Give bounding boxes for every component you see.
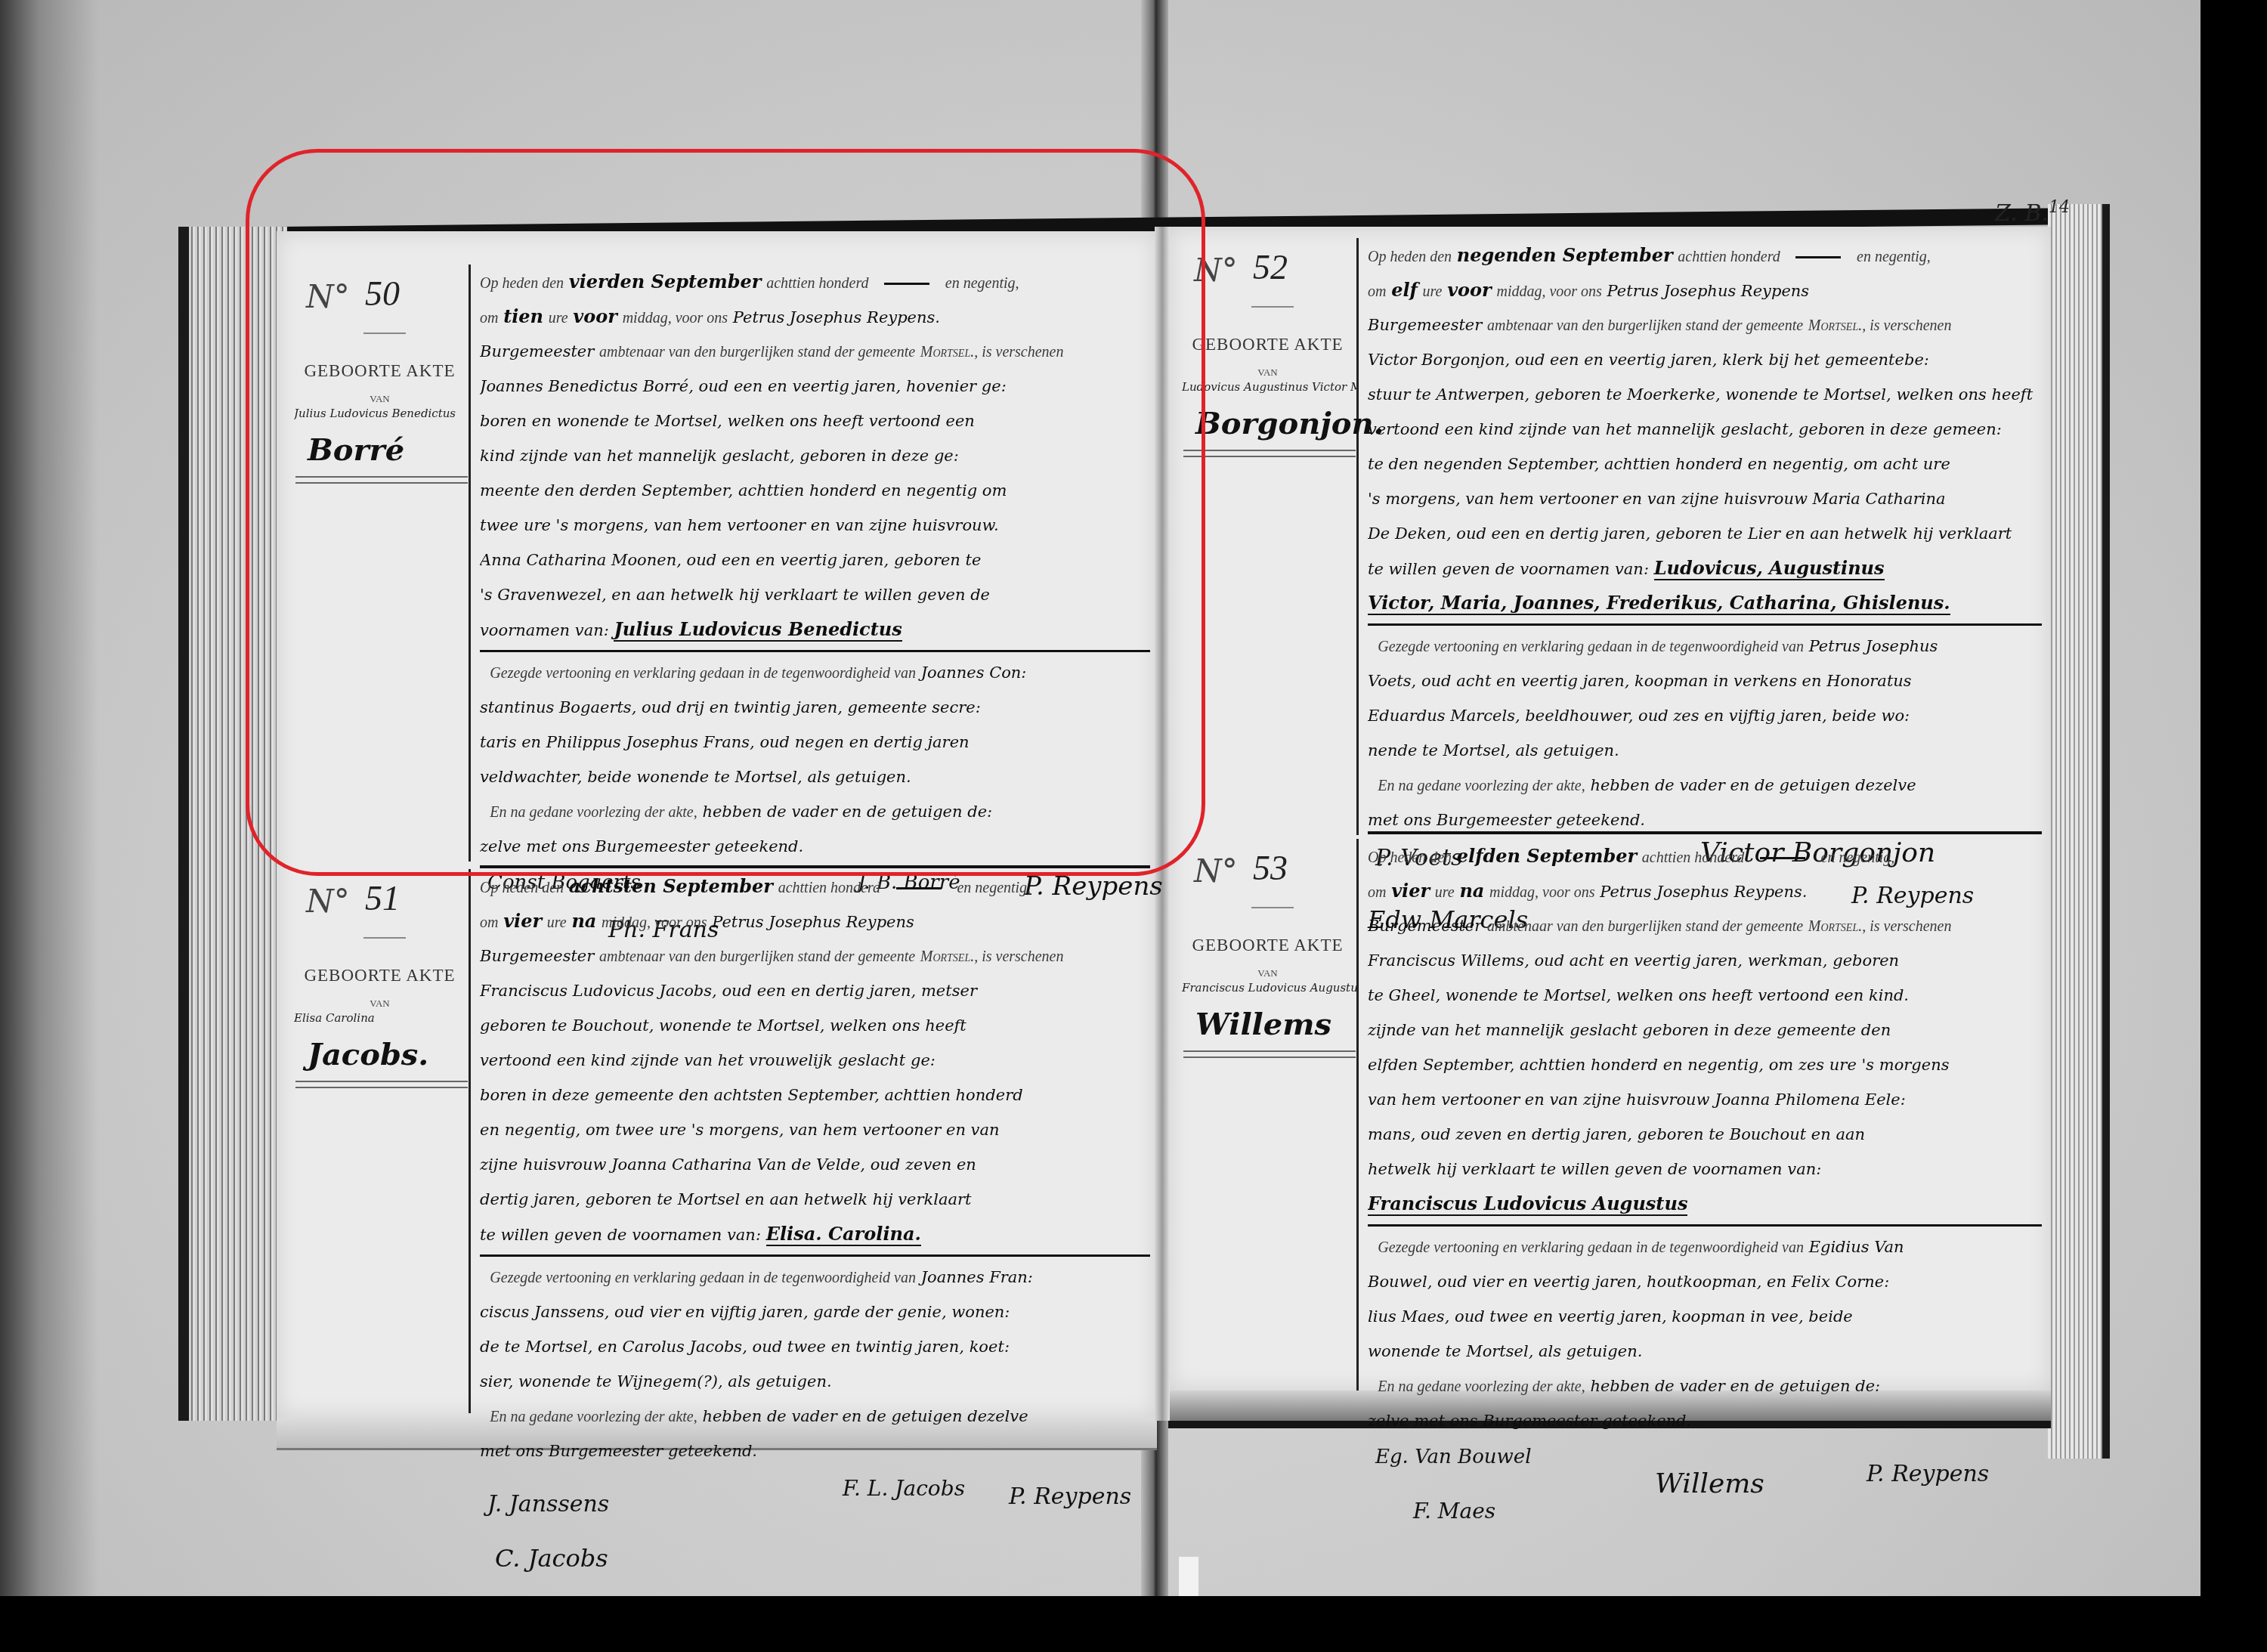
printed-text: Gezegde vertooning en verklaring gedaan … [490, 665, 916, 682]
printed-text: Op heden den [1368, 249, 1452, 265]
declaration-line: elfden September, achttien honderd en ne… [1368, 1047, 2042, 1082]
printed-text: Gezegde vertooning en verklaring gedaan … [490, 1270, 916, 1286]
declaration-line: Anna Catharina Moonen, oud een en veerti… [480, 543, 1150, 577]
printed-text: achttien honderd [778, 880, 880, 896]
declaration-line: 's morgens, van hem vertooner en van zij… [1368, 481, 2042, 516]
handwritten-text: Eduardus Marcels, beeldhouwer, oud zes e… [1368, 707, 1910, 725]
handwritten-ante-post: voor [1447, 279, 1492, 301]
printed-town: Mortsel [920, 344, 970, 360]
entry-margin: N° 50 GEBOORTE AKTE VAN Julius Ludovicus… [291, 265, 471, 862]
witness-start: Egidius Van [1809, 1238, 1904, 1256]
dash [896, 887, 942, 889]
handwritten-text: veldwachter, beide wonende te Mortsel, a… [480, 768, 911, 786]
handwritten-text: twee ure 's morgens, van hem vertooner e… [480, 516, 999, 534]
closing-line-2: zelve met ons Burgemeester geteekend. [1368, 1403, 2042, 1438]
printed-text: ., is verschenen [1858, 317, 1951, 334]
handwritten-text: taris en Philippus Josephus Frans, oud n… [480, 733, 970, 751]
number-label: N° [1194, 852, 1238, 889]
handwritten-text: van hem vertooner en van zijne huisvrouw… [1368, 1091, 1906, 1109]
signatures: J. JanssensF. L. JacobsC. JacobsP. Reype… [480, 1468, 1150, 1597]
entry-number: 51 [365, 878, 400, 918]
declaration-line: kind zijnde van het mannelijk geslacht, … [480, 438, 1150, 473]
margin-firstnames: Ludovicus Augustinus Victor Maria Joanne… [1182, 380, 1357, 394]
declaration-line: boren en wonende te Mortsel, welken ons … [480, 404, 1150, 438]
printed-text: ambtenaar van den burgerlijken stand der… [599, 948, 915, 965]
section-rule [480, 1254, 1150, 1257]
witness-start: Petrus Josephus [1809, 637, 1938, 655]
signature: P. Reypens [1009, 1483, 1131, 1510]
given-names: Ludovicus, Augustinus [1654, 557, 1885, 580]
closing-text-2: met ons Burgemeester geteekend. [1368, 811, 1645, 829]
witness-start: Joannes Con: [921, 664, 1027, 682]
witness-text: ciscus Janssens, oud vier en vijftig jar… [480, 1295, 1150, 1399]
handwritten-official: Petrus Josephus Reypens [712, 913, 914, 931]
printed-text: ure [1423, 283, 1443, 300]
margin-surname: Willems [1195, 1007, 1331, 1042]
handwritten-text: boren en wonende te Mortsel, welken ons … [480, 412, 975, 430]
handwritten-text: meente den derden September, achttien ho… [480, 481, 1007, 500]
witness-text: Voets, oud acht en veertig jaren, koopma… [1368, 664, 2042, 768]
van-label: VAN [1179, 367, 1356, 379]
date-line: Op heden den negenden September achttien… [1368, 238, 2042, 273]
signature: C. Jacobs [495, 1544, 608, 1573]
margin-firstnames: Julius Ludovicus Benedictus [294, 407, 469, 420]
number-label: N° [306, 278, 350, 315]
witness-intro-line: Gezegde vertooning en verklaring gedaan … [1368, 629, 2042, 664]
printed-text: middag, voor ons [602, 914, 707, 931]
printed-text: ambtenaar van den burgerlijken stand der… [599, 344, 915, 360]
handwritten-hour: elf [1391, 279, 1418, 301]
entry-margin: N° 52 GEBOORTE AKTE VAN Ludovicus August… [1179, 238, 1359, 835]
printed-text: om [480, 914, 498, 931]
closing-text: hebben de vader en de getuigen de: [702, 803, 992, 821]
margin-firstnames: Elisa Carolina [294, 1011, 469, 1025]
declaration-line: en negentig, om twee ure 's morgens, van… [480, 1112, 1150, 1147]
declaration-line: dertig jaren, geboren te Mortsel en aan … [480, 1182, 1150, 1217]
declaration-text: Victor Borgonjon, oud een en veertig jar… [1368, 342, 2042, 551]
entry-margin: N° 51 GEBOORTE AKTE VAN Elisa Carolina J… [291, 869, 471, 1413]
signature: J. Janssens [487, 1491, 609, 1517]
surname-rule [1183, 450, 1356, 457]
handwritten-ante-post: na [571, 910, 596, 932]
birth-certificate-entry-52: N° 52 GEBOORTE AKTE VAN Ludovicus August… [1179, 238, 2048, 835]
printed-text: ., is verschenen [1858, 918, 1951, 935]
handwritten-text: 's morgens, van hem vertooner en van zij… [1368, 490, 1945, 508]
handwritten-text: kind zijnde van het mannelijk geslacht, … [480, 447, 959, 465]
entry-body: Op heden den achtsten September achttien… [480, 869, 1150, 1597]
handwritten-text: stantinus Bogaerts, oud drij en twintig … [480, 698, 981, 716]
handwritten-text: Anna Catharina Moonen, oud een en veerti… [480, 551, 981, 569]
witness-intro-line: Gezegde vertooning en verklaring gedaan … [480, 655, 1150, 690]
handwritten-text: Voets, oud acht en veertig jaren, koopma… [1368, 672, 1912, 690]
corner-annotation-text: Z. B. [1995, 200, 2049, 227]
handwritten-day: negenden September [1457, 244, 1673, 266]
printed-text: En na gedane voorlezing der akte, [1378, 778, 1585, 794]
printed-text: en negentig, [1821, 849, 1895, 866]
handwritten-text: wonende te Mortsel, als getuigen. [1368, 1342, 1642, 1360]
handwritten-text: hetwelk hij verklaart te willen geven de… [1368, 1160, 1821, 1178]
handwritten-text: zijnde van het mannelijk geslacht gebore… [1368, 1021, 1891, 1039]
office-line: Burgemeester ambtenaar van den burgerlij… [1368, 308, 2042, 342]
closing-line: En na gedane voorlezing der akte, hebben… [1368, 1369, 2042, 1403]
declaration-line: vertoond een kind zijnde van het manneli… [1368, 412, 2042, 447]
handwritten-text: mans, oud zeven en dertig jaren, geboren… [1368, 1125, 1865, 1143]
number-rule [363, 937, 406, 939]
handwritten-hour: vier [503, 910, 542, 932]
entry-margin: N° 53 GEBOORTE AKTE VAN Franciscus Ludov… [1179, 839, 1359, 1391]
witness-line: ciscus Janssens, oud vier en vijftig jar… [480, 1295, 1150, 1329]
witness-text: Bouwel, oud vier en veertig jaren, houtk… [1368, 1264, 2042, 1369]
witness-line: sier, wonende te Wijnegem(?), als getuig… [480, 1364, 1150, 1399]
printed-text: ., is verschenen [970, 344, 1063, 360]
declaration-line: twee ure 's morgens, van hem vertooner e… [480, 508, 1150, 543]
closing-line-2: met ons Burgemeester geteekend. [480, 1434, 1150, 1468]
printed-text: ure [547, 914, 567, 931]
surname-rule [295, 1081, 468, 1088]
declaration-line: meente den derden September, achttien ho… [480, 473, 1150, 508]
shadow [0, 0, 98, 1596]
signature: P. Reypens [1866, 1461, 1989, 1487]
page-edges-left [178, 227, 287, 1421]
handwritten-text: De Deken, oud een en dertig jaren, gebor… [1368, 524, 2012, 543]
margin-surname: Borgonjon. [1195, 406, 1384, 441]
printed-text: ure [1435, 884, 1455, 901]
printed-text: ure [549, 310, 568, 326]
handwritten-day: vierden September [569, 271, 762, 292]
printed-text: en negentig, [1857, 249, 1931, 265]
handwritten-text: zijne huisvrouw Joanna Catharina Van de … [480, 1155, 976, 1174]
witness-line: de te Mortsel, en Carolus Jacobs, oud tw… [480, 1329, 1150, 1364]
handwritten-text: de te Mortsel, en Carolus Jacobs, oud tw… [480, 1338, 1010, 1356]
declaration-line: 's Gravenwezel, en aan hetwelk hij verkl… [480, 577, 1150, 612]
witness-line: nende te Mortsel, als getuigen. [1368, 733, 2042, 768]
van-label: VAN [1179, 967, 1356, 979]
date-line: Op heden den achtsten September achttien… [480, 869, 1150, 904]
given-names: Elisa. Carolina. [766, 1223, 921, 1246]
signature: Eg. Van Bouwel [1375, 1446, 1532, 1468]
declaration-line: stuur te Antwerpen, geboren te Moerkerke… [1368, 377, 2042, 412]
handwritten-text: boren in deze gemeente den achtsten Sept… [480, 1086, 1023, 1104]
page-corner-annotation: Z. B.14 [1995, 198, 2070, 227]
declaration-line: te Gheel, wonende te Mortsel, welken ons… [1368, 978, 2042, 1013]
given-names: Franciscus Ludovicus Augustus [1368, 1193, 1687, 1216]
declaration-line: zijne huisvrouw Joanna Catharina Van de … [480, 1147, 1150, 1182]
printed-text: om [1368, 884, 1386, 901]
handwritten-official: Petrus Josephus Reypens. [733, 308, 940, 326]
handwritten-text: Franciscus Ludovicus Jacobs, oud een en … [480, 982, 977, 1000]
handwritten-text: sier, wonende te Wijnegem(?), als getuig… [480, 1372, 832, 1391]
closing-text-2: zelve met ons Burgemeester geteekend. [1368, 1412, 1691, 1430]
witness-intro-line: Gezegde vertooning en verklaring gedaan … [1368, 1230, 2042, 1264]
closing-text: hebben de vader en de getuigen dezelve [702, 1407, 1028, 1425]
printed-text: En na gedane voorlezing der akte, [1378, 1378, 1585, 1395]
book-gutter [1155, 227, 1170, 1421]
printed-text: en negentig, [945, 275, 1019, 292]
printed-town: Mortsel [1808, 918, 1858, 935]
entry-divider [480, 865, 1150, 868]
signature: F. L. Jacobs [843, 1476, 965, 1501]
number-label: N° [1194, 252, 1238, 289]
handwritten-official: Petrus Josephus Reypens [1607, 282, 1810, 300]
section-rule [480, 650, 1150, 652]
dash [1760, 857, 1805, 859]
date-line: Op heden den elfden September achttien h… [1368, 839, 2042, 874]
signatures: Eg. Van BouwelF. MaesWillemsP. Reypens [1368, 1438, 2042, 1567]
declaration-line: mans, oud zeven en dertig jaren, geboren… [1368, 1117, 2042, 1152]
witness-line: veldwachter, beide wonende te Mortsel, a… [480, 759, 1150, 794]
closing-line: En na gedane voorlezing der akte, hebben… [1368, 768, 2042, 803]
declaration-line: te den negenden September, achttien hond… [1368, 447, 2042, 481]
witness-intro-line: Gezegde vertooning en verklaring gedaan … [480, 1260, 1150, 1295]
handwritten-title: Burgemeester [1368, 316, 1482, 334]
number-label: N° [306, 883, 350, 920]
closing-line: En na gedane voorlezing der akte, hebben… [480, 1399, 1150, 1434]
entry-number: 52 [1253, 247, 1288, 287]
witness-line: stantinus Bogaerts, oud drij en twintig … [480, 690, 1150, 725]
given-names-continued: Victor, Maria, Joannes, Frederikus, Cath… [1368, 592, 1950, 615]
birth-certificate-entry-50: N° 50 GEBOORTE AKTE VAN Julius Ludovicus… [291, 265, 1156, 862]
declaration-text: Franciscus Ludovicus Jacobs, oud een en … [480, 973, 1150, 1217]
given-names-line: Franciscus Ludovicus Augustus [1368, 1186, 2042, 1221]
handwritten-text: ciscus Janssens, oud vier en vijftig jar… [480, 1303, 1010, 1321]
declaration-line: hetwelk hij verklaart te willen geven de… [1368, 1152, 2042, 1186]
time-line: om vier ure na middag, voor ons Petrus J… [480, 904, 1150, 939]
section-rule [1368, 1224, 2042, 1227]
witness-line: Voets, oud acht en veertig jaren, koopma… [1368, 664, 2042, 698]
given-names: Julius Ludovicus Benedictus [614, 618, 902, 642]
closing-text: hebben de vader en de getuigen dezelve [1590, 776, 1916, 794]
entry-body: Op heden den elfden September achttien h… [1368, 839, 2042, 1567]
declaration-line: Franciscus Ludovicus Jacobs, oud een en … [480, 973, 1150, 1008]
handwritten-day: achtsten September [569, 875, 773, 897]
office-line: Burgemeester ambtenaar van den burgerlij… [480, 939, 1150, 973]
section-rule [1368, 623, 2042, 626]
printed-text: om [1368, 283, 1386, 300]
printed-text: ambtenaar van den burgerlijken stand der… [1487, 317, 1803, 334]
handwritten-official: Petrus Josephus Reypens. [1600, 883, 1807, 901]
given-names-prefix: te willen geven de voornamen van: [480, 1226, 761, 1244]
handwritten-ante-post: voor [573, 305, 617, 327]
office-line: Burgemeester ambtenaar van den burgerlij… [1368, 908, 2042, 943]
akte-title: GEBOORTE AKTE [291, 966, 469, 985]
printed-town: Mortsel [1808, 317, 1858, 334]
printed-text: middag, voor ons [1496, 283, 1601, 300]
margin-firstnames: Franciscus Ludovicus Augustus [1182, 981, 1357, 995]
given-names-line: voornamen van: Julius Ludovicus Benedict… [480, 612, 1150, 647]
printed-text: Gezegde vertooning en verklaring gedaan … [1378, 1239, 1804, 1256]
closing-line-2: zelve met ons Burgemeester geteekend. [480, 829, 1150, 864]
closing-text-2: zelve met ons Burgemeester geteekend. [480, 837, 803, 855]
handwritten-hour: tien [503, 305, 543, 327]
given-names-prefix: voornamen van: [480, 621, 609, 639]
printed-text: Op heden den [1368, 849, 1452, 866]
closing-text-2: met ons Burgemeester geteekend. [480, 1442, 757, 1460]
printed-town: Mortsel [920, 948, 970, 965]
handwritten-text: en negentig, om twee ure 's morgens, van… [480, 1121, 1000, 1139]
handwritten-ante-post: na [1459, 880, 1484, 902]
handwritten-text: vertoond een kind zijnde van het manneli… [1368, 420, 2002, 438]
handwritten-text: te den negenden September, achttien hond… [1368, 455, 1950, 473]
number-rule [1251, 907, 1294, 908]
handwritten-text: te Gheel, wonende te Mortsel, welken ons… [1368, 986, 1909, 1004]
given-names-line: te willen geven de voornamen van: Elisa.… [480, 1217, 1150, 1251]
declaration-line: De Deken, oud een en dertig jaren, gebor… [1368, 516, 2042, 551]
printed-text: ambtenaar van den burgerlijken stand der… [1487, 918, 1803, 935]
handwritten-text: stuur te Antwerpen, geboren te Moerkerke… [1368, 385, 2033, 404]
time-line: om elf ure voor middag, voor ons Petrus … [1368, 273, 2042, 308]
printed-text: middag, voor ons [1489, 884, 1594, 901]
printed-text: En na gedane voorlezing der akte, [490, 1409, 697, 1425]
printed-text: achttien honderd [1678, 249, 1780, 265]
printed-text: ., is verschenen [970, 948, 1063, 965]
birth-certificate-entry-51: N° 51 GEBOORTE AKTE VAN Elisa Carolina J… [291, 869, 1156, 1413]
birth-certificate-entry-53: N° 53 GEBOORTE AKTE VAN Franciscus Ludov… [1179, 839, 2048, 1391]
printed-text: middag, voor ons [623, 310, 728, 326]
printed-text: Op heden den [480, 880, 564, 896]
surname-rule [295, 476, 468, 484]
date-line: Op heden den vierden September achttien … [480, 265, 1150, 299]
handwritten-text: nende te Mortsel, als getuigen. [1368, 741, 1619, 759]
margin-surname: Jacobs. [308, 1037, 428, 1072]
handwritten-title: Burgemeester [480, 947, 594, 965]
witness-start: Joannes Fran: [921, 1268, 1033, 1286]
handwritten-text: geboren te Bouchout, wonende te Mortsel,… [480, 1016, 966, 1035]
declaration-line: Joannes Benedictus Borré, oud een en vee… [480, 369, 1150, 404]
corner-page-number: 14 [2049, 198, 2070, 217]
margin-surname: Borré [308, 432, 404, 468]
printed-text: om [480, 310, 498, 326]
printed-text: En na gedane voorlezing der akte, [490, 804, 697, 821]
printed-text: Op heden den [480, 275, 564, 292]
witness-line: wonende te Mortsel, als getuigen. [1368, 1334, 2042, 1369]
office-line: Burgemeester ambtenaar van den burgerlij… [480, 334, 1150, 369]
witness-text: stantinus Bogaerts, oud drij en twintig … [480, 690, 1150, 794]
given-names-prefix: te willen geven de voornamen van: [1368, 560, 1649, 578]
surname-rule [1183, 1050, 1356, 1058]
handwritten-text: Joannes Benedictus Borré, oud een en vee… [480, 377, 1007, 395]
witness-line: taris en Philippus Josephus Frans, oud n… [480, 725, 1150, 759]
signature: F. Maes [1413, 1499, 1495, 1524]
closing-text: hebben de vader en de getuigen de: [1590, 1377, 1880, 1395]
handwritten-title: Burgemeester [480, 342, 594, 360]
closing-line: En na gedane voorlezing der akte, hebben… [480, 794, 1150, 829]
handwritten-title: Burgemeester [1368, 917, 1482, 935]
given-names-line-2: Victor, Maria, Joannes, Frederikus, Cath… [1368, 586, 2042, 620]
akte-title: GEBOORTE AKTE [291, 361, 469, 381]
time-line: om tien ure voor middag, voor ons Petrus… [480, 299, 1150, 334]
dash [884, 283, 929, 285]
akte-title: GEBOORTE AKTE [1179, 335, 1356, 354]
declaration-line: Franciscus Willems, oud acht en veertig … [1368, 943, 2042, 978]
number-rule [363, 333, 406, 334]
handwritten-hour: vier [1391, 880, 1430, 902]
declaration-line: vertoond een kind zijnde van het vrouwel… [480, 1043, 1150, 1078]
time-line: om vier ure na middag, voor ons Petrus J… [1368, 874, 2042, 908]
printed-text: achttien honderd [766, 275, 868, 292]
handwritten-text: elfden September, achttien honderd en ne… [1368, 1056, 1949, 1074]
handwritten-day: elfden September [1457, 845, 1637, 867]
dash [1795, 256, 1841, 258]
witness-line: Bouwel, oud vier en veertig jaren, houtk… [1368, 1264, 2042, 1299]
signature: Willems [1655, 1468, 1764, 1499]
van-label: VAN [291, 998, 469, 1010]
printed-text: Gezegde vertooning en verklaring gedaan … [1378, 639, 1804, 655]
akte-title: GEBOORTE AKTE [1179, 936, 1356, 955]
declaration-line: zijnde van het mannelijk geslacht gebore… [1368, 1013, 2042, 1047]
entry-divider [1368, 831, 2042, 834]
printed-text: achttien honderd [1642, 849, 1744, 866]
declaration-line: van hem vertooner en van zijne huisvrouw… [1368, 1082, 2042, 1117]
handwritten-text: Victor Borgonjon, oud een en veertig jar… [1368, 351, 1929, 369]
declaration-line: geboren te Bouchout, wonende te Mortsel,… [480, 1008, 1150, 1043]
witness-line: Eduardus Marcels, beeldhouwer, oud zes e… [1368, 698, 2042, 733]
handwritten-text: Bouwel, oud vier en veertig jaren, houtk… [1368, 1273, 1889, 1291]
handwritten-text: dertig jaren, geboren te Mortsel en aan … [480, 1190, 971, 1208]
given-names-line: te willen geven de voornamen van: Ludovi… [1368, 551, 2042, 586]
van-label: VAN [291, 393, 469, 405]
declaration-text: Joannes Benedictus Borré, oud een en vee… [480, 369, 1150, 612]
number-rule [1251, 306, 1294, 308]
declaration-line: Victor Borgonjon, oud een en veertig jar… [1368, 342, 2042, 377]
handwritten-text: Franciscus Willems, oud acht en veertig … [1368, 951, 1899, 970]
declaration-text: Franciscus Willems, oud acht en veertig … [1368, 943, 2042, 1186]
entry-number: 50 [365, 274, 400, 314]
handwritten-text: vertoond een kind zijnde van het vrouwel… [480, 1051, 936, 1069]
handwritten-text: lius Maes, oud twee en veertig jaren, ko… [1368, 1307, 1853, 1326]
entry-number: 53 [1253, 848, 1288, 888]
witness-line: lius Maes, oud twee en veertig jaren, ko… [1368, 1299, 2042, 1334]
printed-text: en negentig, [957, 880, 1031, 896]
book-tab [1179, 1557, 1198, 1596]
handwritten-text: 's Gravenwezel, en aan hetwelk hij verkl… [480, 586, 990, 604]
page-edges-right [2048, 204, 2110, 1459]
declaration-line: boren in deze gemeente den achtsten Sept… [480, 1078, 1150, 1112]
